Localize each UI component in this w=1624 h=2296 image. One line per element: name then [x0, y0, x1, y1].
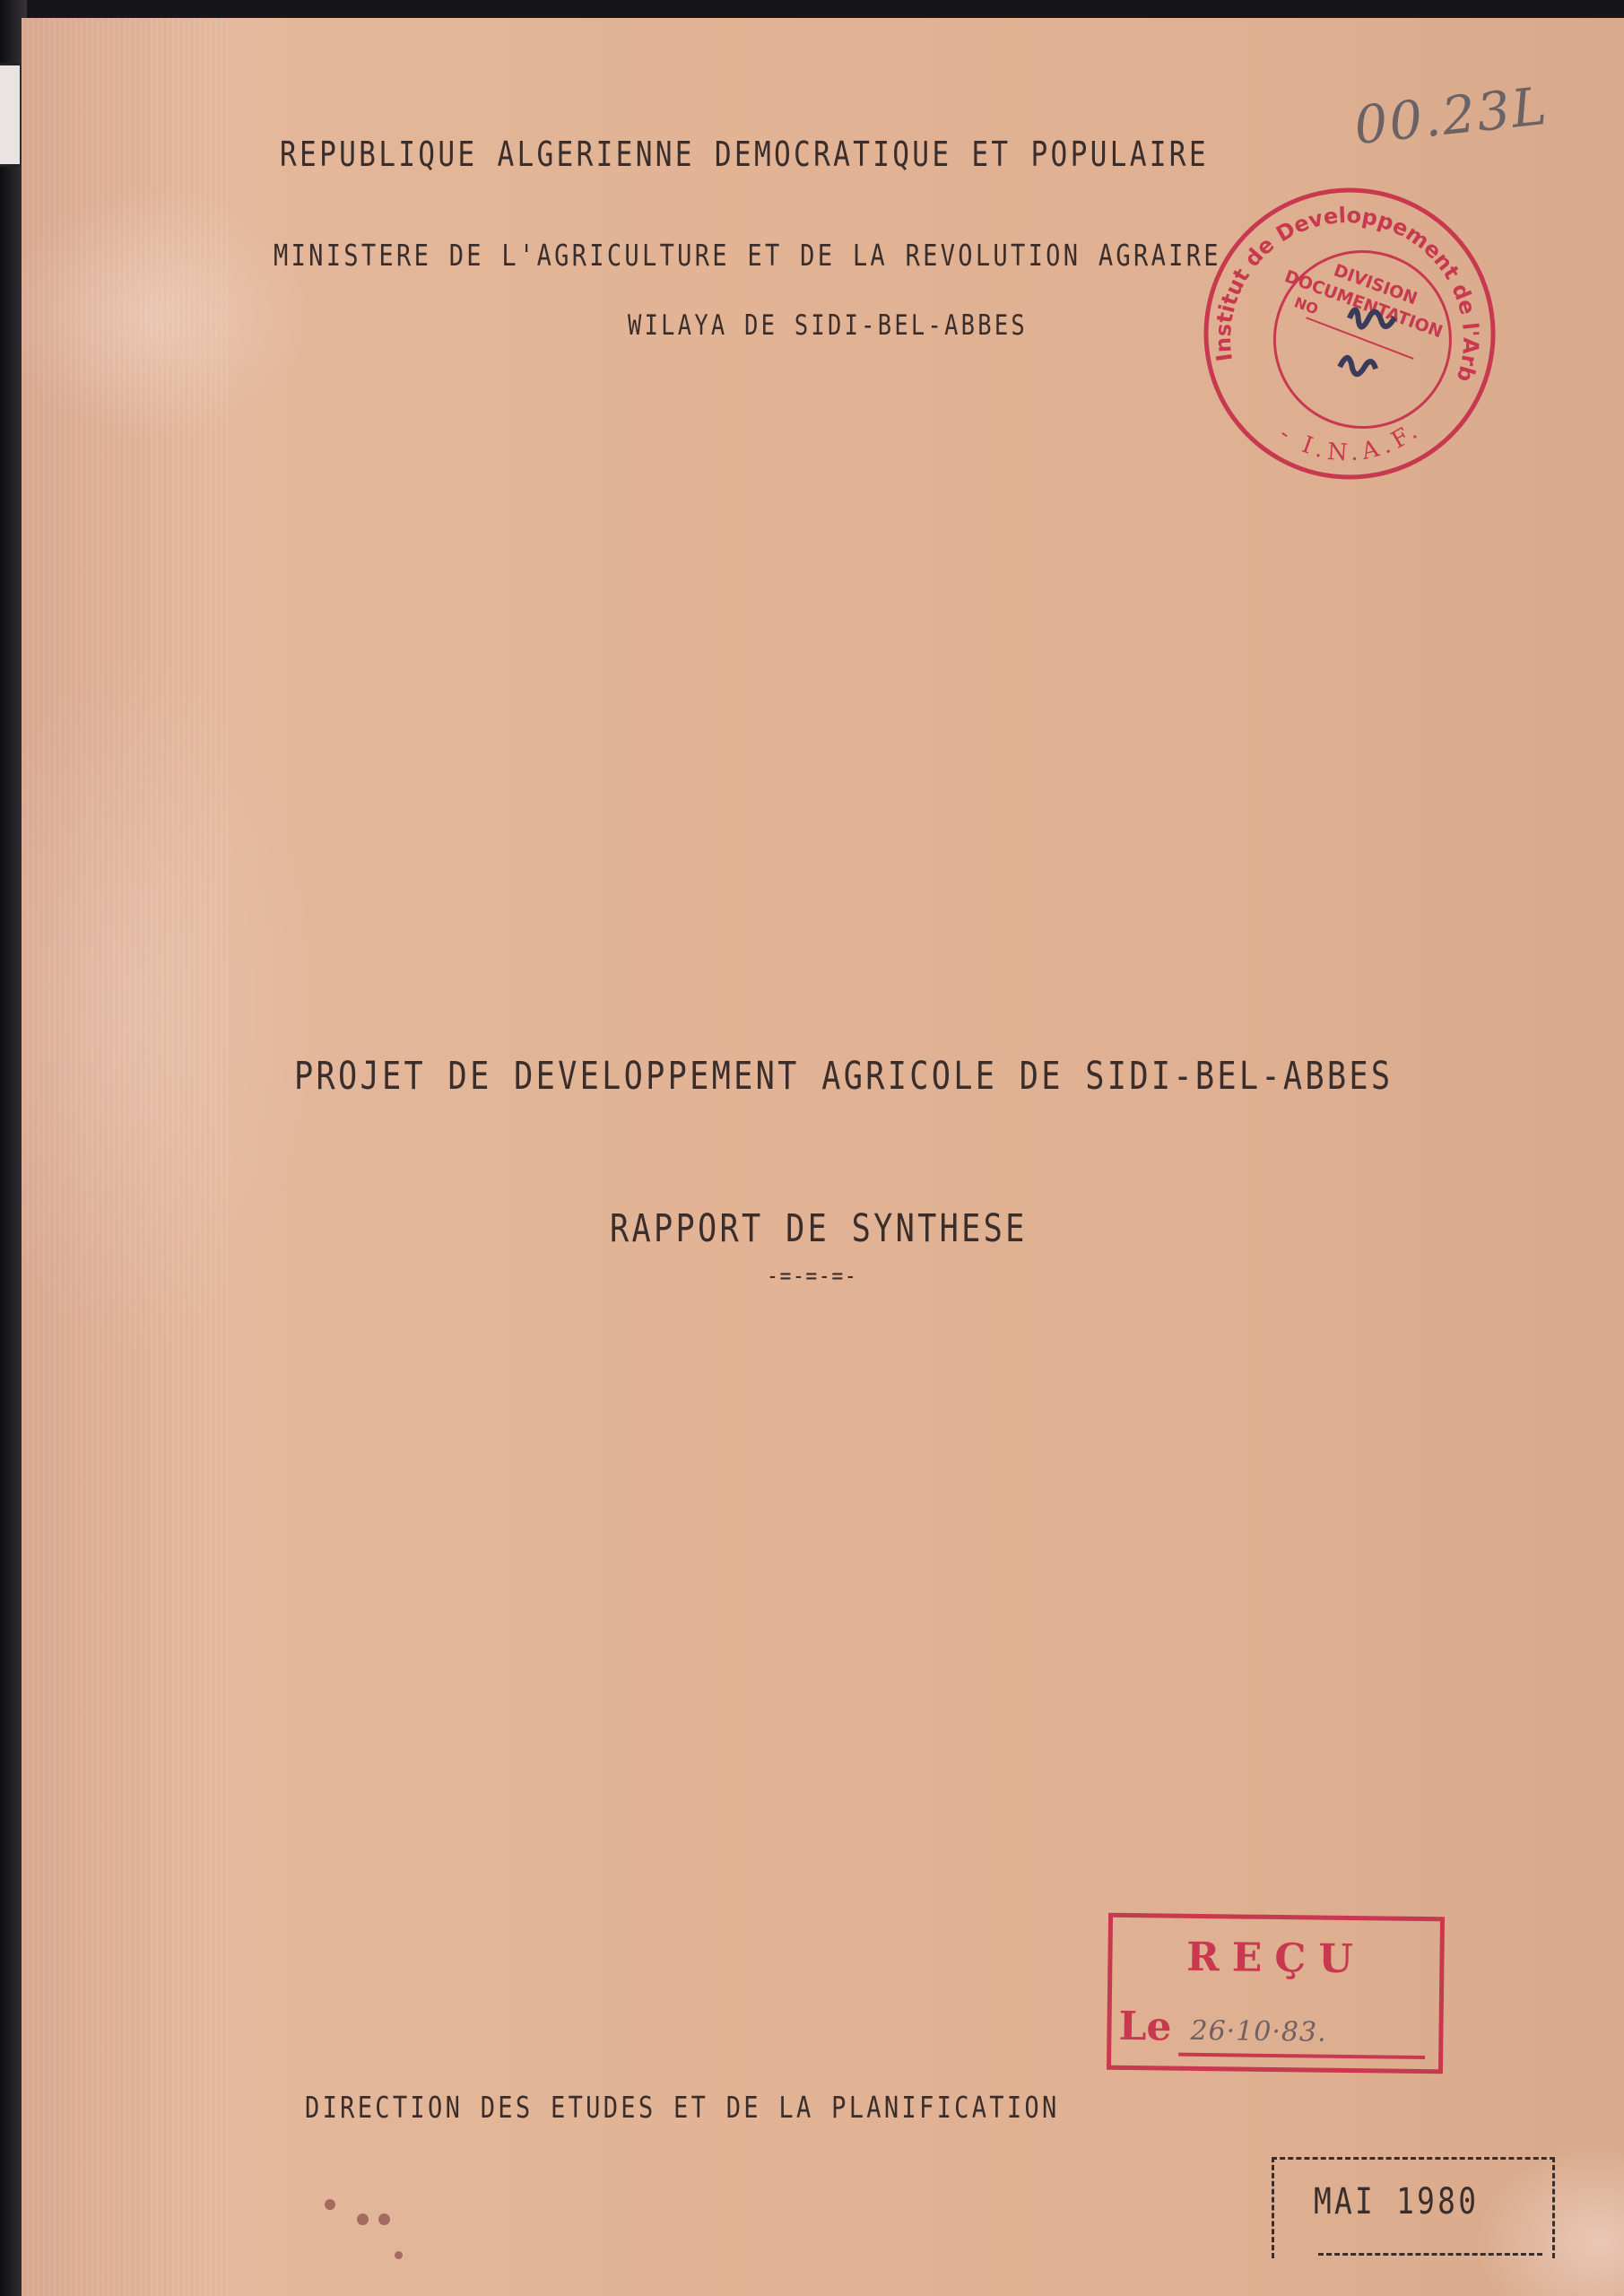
received-stamp-underline [1178, 2053, 1425, 2059]
stain-mark [325, 2199, 335, 2210]
date-frame-bottom [1318, 2253, 1542, 2256]
stain-mark [357, 2213, 369, 2225]
institute-seal-stamp: Institut de Developpement de l'Arboricul… [1200, 184, 1500, 484]
header-wilaya: WILAYA DE SIDI-BEL-ABBES [628, 309, 1028, 342]
stain-mark [395, 2251, 403, 2259]
header-republic: REPUBLIQUE ALGERIENNE DEMOCRATIQUE ET PO… [280, 135, 1209, 174]
header-ministry: MINISTERE DE L'AGRICULTURE ET DE LA REVO… [274, 238, 1221, 273]
spine-label [0, 63, 20, 167]
stain-mark [378, 2213, 390, 2225]
received-stamp-date-label: Le [1118, 2004, 1172, 2050]
document-subtitle: RAPPORT DE SYNTHESE [610, 1206, 1028, 1251]
received-stamp-date: 26·10·83. [1190, 2015, 1327, 2048]
footer-direction: DIRECTION DES ETUDES ET DE LA PLANIFICAT… [305, 2090, 1060, 2125]
received-stamp: REÇU Le 26·10·83. [1107, 1913, 1445, 2074]
title-ornament: -=-=-=- [767, 1263, 857, 1290]
received-stamp-title: REÇU [1112, 1934, 1440, 1983]
document-title: PROJET DE DEVELOPPEMENT AGRICOLE DE SIDI… [294, 1054, 1393, 1099]
scan-top-edge [0, 0, 1624, 20]
document-date: MAI 1980 [1314, 2181, 1479, 2222]
